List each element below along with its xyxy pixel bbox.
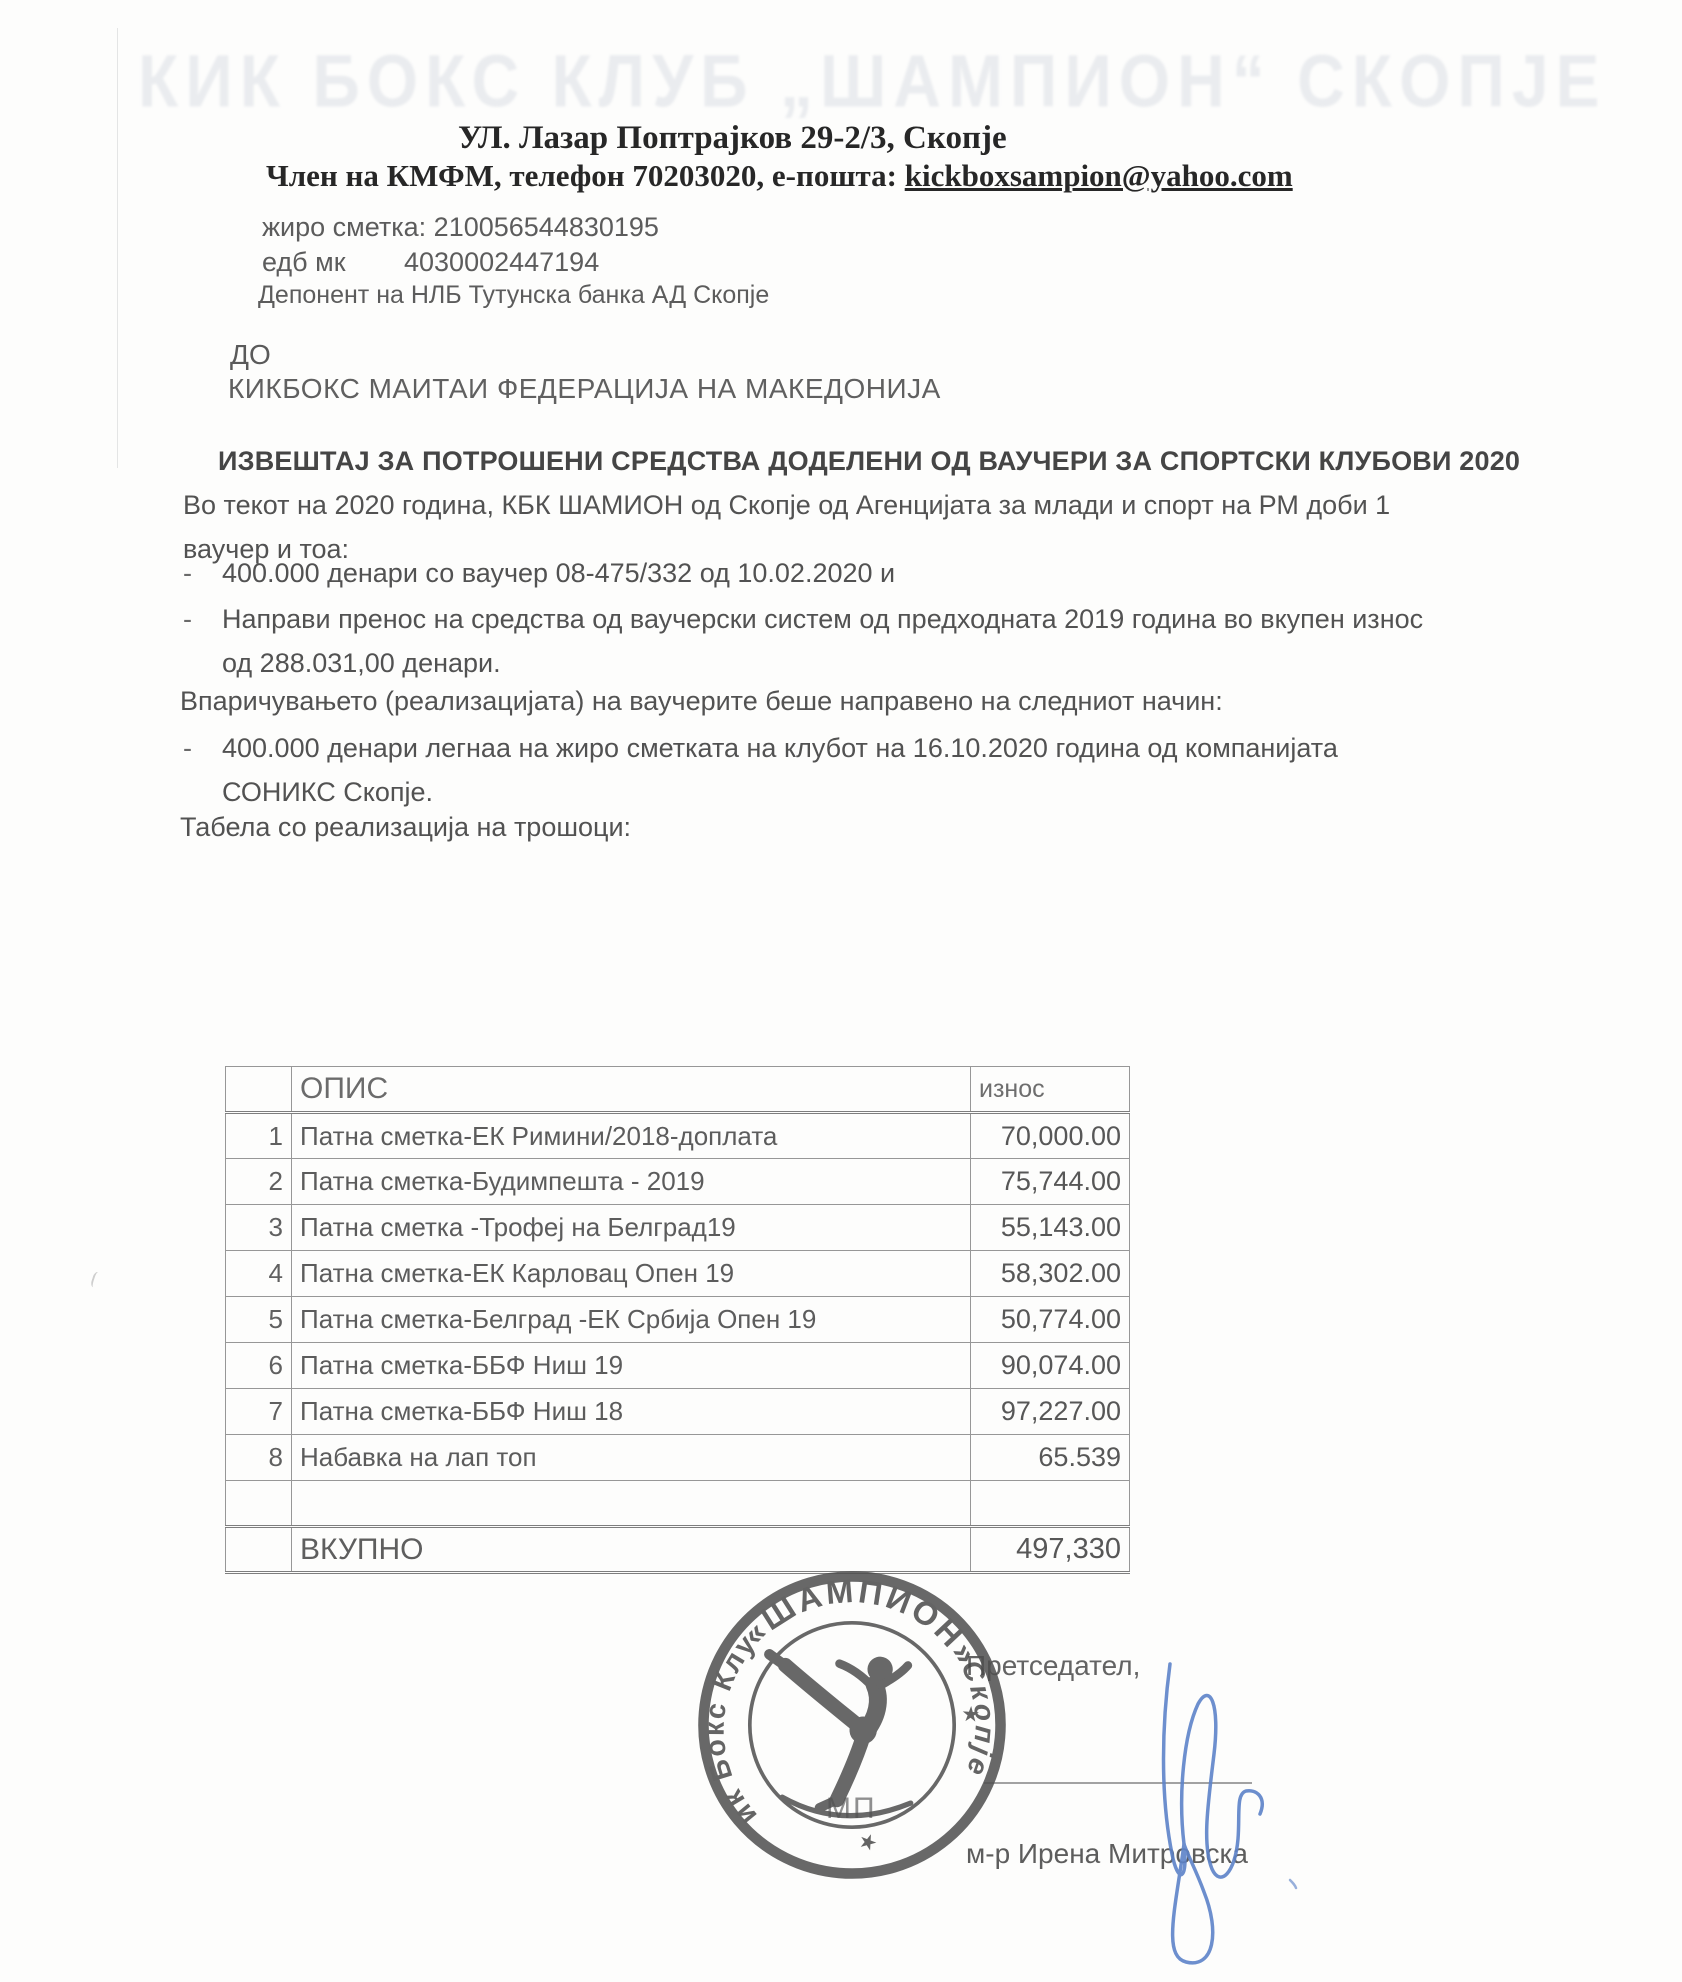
row-amount: 70,000.00 xyxy=(971,1113,1130,1159)
realization-line: Впаричувањето (реализацијата) на ваучери… xyxy=(180,686,1223,717)
table-row: 7Патна сметка-ББФ Ниш 1897,227.00 xyxy=(226,1389,1130,1435)
row-num: 4 xyxy=(226,1251,292,1297)
intro-line-1: Во текот на 2020 година, КБК ШАМИОН од С… xyxy=(183,490,1390,521)
row-num: 6 xyxy=(226,1343,292,1389)
bullet-2-line-2: од 288.031,00 денари. xyxy=(222,648,501,679)
table-empty-row xyxy=(226,1481,1130,1527)
header-num-cell xyxy=(226,1067,292,1113)
row-amount: 65.539 xyxy=(971,1435,1130,1481)
scan-speck-artifact xyxy=(90,1271,104,1289)
row-amount: 58,302.00 xyxy=(971,1251,1130,1297)
kickboxer-icon xyxy=(756,1647,923,1821)
row-desc: Патна сметка-ББФ Ниш 18 xyxy=(292,1389,971,1435)
bullet-dash: - xyxy=(183,558,222,589)
row-amount: 55,143.00 xyxy=(971,1205,1130,1251)
club-stamp: «ШАМПИОН» Кик Бокс Клуб Скопје ★ ★ xyxy=(694,1562,1010,1888)
table-row: 1Патна сметка-ЕК Римини/2018-доплата70,0… xyxy=(226,1113,1130,1159)
row-amount: 75,744.00 xyxy=(971,1159,1130,1205)
club-stamp-graphic: «ШАМПИОН» Кик Бокс Клуб Скопје ★ ★ xyxy=(680,1549,1023,1901)
bullet-1-text: 400.000 денари со ваучер 08-475/332 од 1… xyxy=(222,558,895,588)
stamp-star-bottom-icon: ★ xyxy=(856,1828,880,1855)
bullet-3-text: 400.000 денари легнаа на жиро сметката н… xyxy=(222,733,1338,763)
club-watermark: КИК БОКС КЛУБ „ШАМПИОН“ СКОПЈЕ xyxy=(138,38,1607,123)
signature-strokes xyxy=(1140,1644,1380,1974)
giro-account-line: жиро сметка: 210056544830195 xyxy=(262,212,659,243)
row-num: 2 xyxy=(226,1159,292,1205)
depositor-line: Депонент на НЛБ Тутунска банка АД Скопје xyxy=(258,281,769,310)
table-row: 5Патна сметка-Белград -ЕК Србија Опен 19… xyxy=(226,1297,1130,1343)
edb-line: едб мк4030002447194 xyxy=(262,247,599,278)
table-row: 4Патна сметка-ЕК Карловац Опен 1958,302.… xyxy=(226,1251,1130,1297)
table-row: 6Патна сметка-ББФ Ниш 1990,074.00 xyxy=(226,1343,1130,1389)
bullet-2-line-1: -Направи пренос на средства од ваучерски… xyxy=(183,604,1423,635)
table-row: 8Набавка на лап топ65.539 xyxy=(226,1435,1130,1481)
header-amount-cell: износ xyxy=(971,1067,1130,1113)
row-desc: Патна сметка-ЕК Римини/2018-доплата xyxy=(292,1113,971,1159)
table-row: 3Патна сметка -Трофеј на Белград1955,143… xyxy=(226,1205,1130,1251)
row-num: 7 xyxy=(226,1389,292,1435)
report-title: ИЗВЕШТАЈ ЗА ПОТРОШЕНИ СРЕДСТВА ДОДЕЛЕНИ … xyxy=(218,446,1520,477)
bullet-2-text: Направи пренос на средства од ваучерски … xyxy=(222,604,1423,634)
table-header-row: ОПИС износ xyxy=(226,1067,1130,1113)
edb-number: 4030002447194 xyxy=(404,247,599,277)
expense-table: ОПИС износ 1Патна сметка-ЕК Римини/2018-… xyxy=(225,1066,1130,1574)
row-desc: Патна сметка -Трофеј на Белград19 xyxy=(292,1205,971,1251)
recipient-name: КИКБОКС МАИТАИ ФЕДЕРАЦИЈА НА МАКЕДОНИЈА xyxy=(228,373,941,405)
letterhead-contact: Член на КМФМ, телефон 70203020, е-пошта:… xyxy=(266,158,1293,194)
row-amount: 50,774.00 xyxy=(971,1297,1130,1343)
row-desc: Патна сметка-Будимпешта - 2019 xyxy=(292,1159,971,1205)
scan-edge-artifact xyxy=(117,28,118,468)
to-label: ДО xyxy=(230,339,271,371)
row-desc: Патна сметка-ББФ Ниш 19 xyxy=(292,1343,971,1389)
header-desc-cell: ОПИС xyxy=(292,1067,971,1113)
letterhead-address: УЛ. Лазар Поптрајков 29-2/3, Скопје xyxy=(458,120,1007,157)
letterhead-contact-text: Член на КМФМ, телефон 70203020, е-пошта: xyxy=(266,158,905,193)
row-amount: 97,227.00 xyxy=(971,1389,1130,1435)
row-amount: 90,074.00 xyxy=(971,1343,1130,1389)
bullet-dash: - xyxy=(183,733,222,764)
table-row: 2Патна сметка-Будимпешта - 201975,744.00 xyxy=(226,1159,1130,1205)
bullet-dash: - xyxy=(183,604,222,635)
handwritten-signature xyxy=(1140,1644,1380,1974)
giro-number: 210056544830195 xyxy=(434,212,659,242)
row-num: 8 xyxy=(226,1435,292,1481)
row-desc: Патна сметка-Белград -ЕК Србија Опен 19 xyxy=(292,1297,971,1343)
row-num: 5 xyxy=(226,1297,292,1343)
table-caption: Табела со реализација на трошоци: xyxy=(180,812,631,843)
letterhead-email: kickboxsampion@yahoo.com xyxy=(905,158,1293,193)
giro-label: жиро сметка: xyxy=(262,212,426,242)
row-num: 1 xyxy=(226,1113,292,1159)
bullet-3-line-1: -400.000 денари легнаа на жиро сметката … xyxy=(183,733,1338,764)
row-desc: Набавка на лап топ xyxy=(292,1435,971,1481)
row-desc: Патна сметка-ЕК Карловац Опен 19 xyxy=(292,1251,971,1297)
row-num: 3 xyxy=(226,1205,292,1251)
bullet-3-line-2: СОНИКС Скопје. xyxy=(222,777,433,808)
bullet-1: -400.000 денари со ваучер 08-475/332 од … xyxy=(183,558,895,589)
edb-label: едб мк xyxy=(262,247,404,278)
